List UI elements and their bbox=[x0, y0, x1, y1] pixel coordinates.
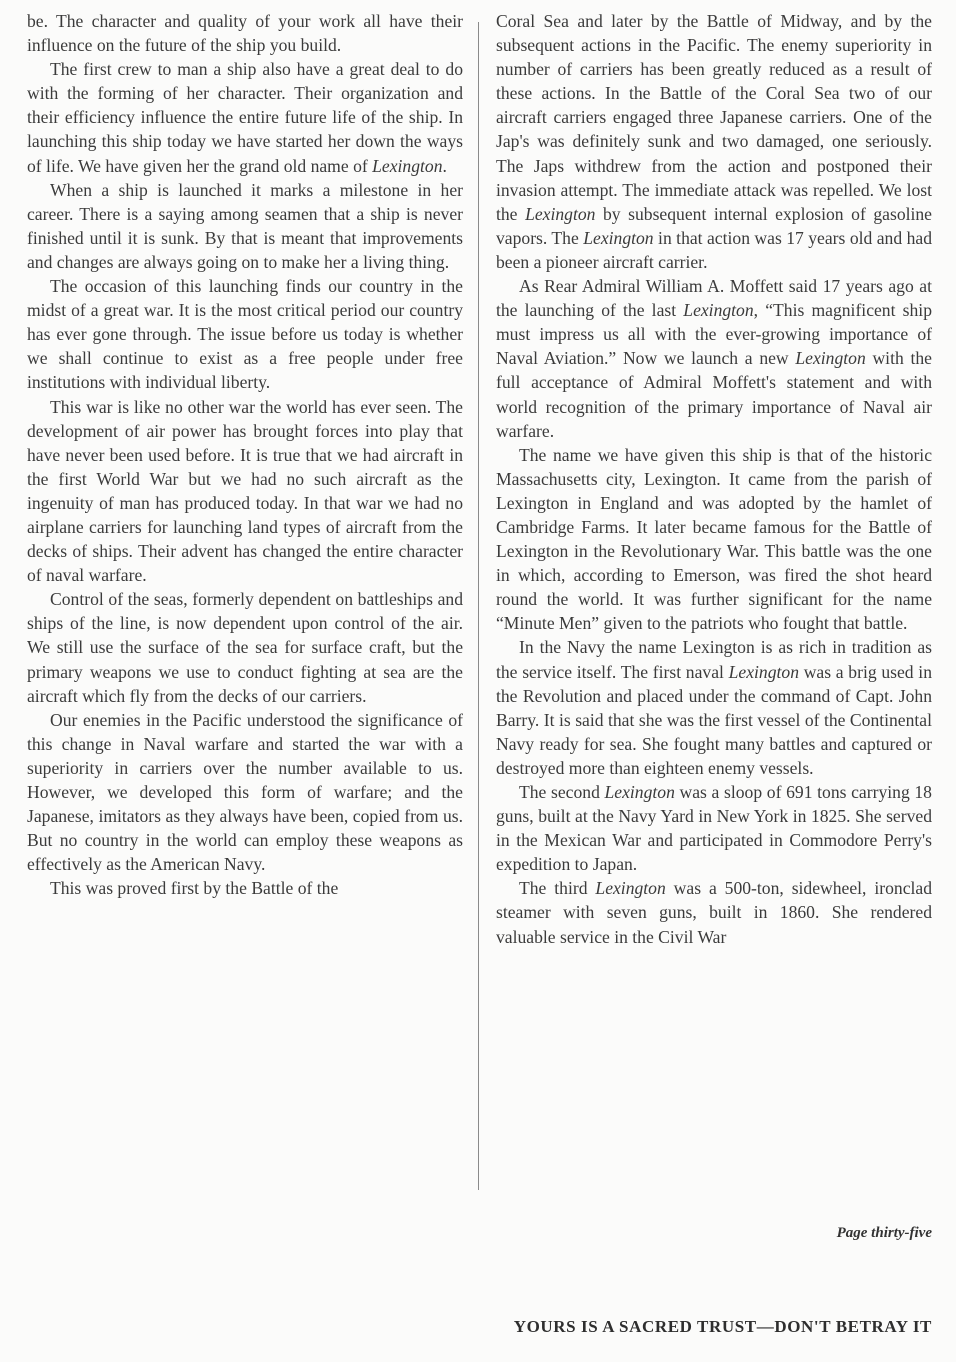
ship-name-italic: Lexington bbox=[583, 228, 653, 248]
paragraph: The name we have given this ship is that… bbox=[496, 443, 932, 636]
ship-name-italic: Lexington bbox=[795, 348, 865, 368]
text-segment: This was proved first by the Battle of t… bbox=[50, 878, 338, 898]
text-segment: Our enemies in the Pacific understood th… bbox=[27, 710, 463, 875]
text-segment: This war is like no other war the world … bbox=[27, 397, 463, 586]
ship-name-italic: Lexington bbox=[525, 204, 595, 224]
ship-name-italic: Lexington bbox=[372, 156, 442, 176]
document-page: be. The character and quality of your wo… bbox=[0, 0, 956, 1362]
paragraph: Our enemies in the Pacific understood th… bbox=[27, 708, 463, 877]
ship-name-italic: Lexington bbox=[605, 782, 675, 802]
left-column: be. The character and quality of your wo… bbox=[27, 9, 463, 900]
text-segment: The second bbox=[519, 782, 605, 802]
paragraph: The occasion of this launching finds our… bbox=[27, 274, 463, 394]
ship-name-italic: Lexington bbox=[729, 662, 799, 682]
right-column: Coral Sea and later by the Battle of Mid… bbox=[496, 9, 932, 949]
paragraph: be. The character and quality of your wo… bbox=[27, 9, 463, 57]
paragraph: When a ship is launched it marks a miles… bbox=[27, 178, 463, 274]
paragraph: This war is like no other war the world … bbox=[27, 395, 463, 588]
text-segment: Coral Sea and later by the Battle of Mid… bbox=[496, 11, 932, 224]
page-number: Page thirty-five bbox=[837, 1225, 932, 1242]
text-segment: When a ship is launched it marks a miles… bbox=[27, 180, 463, 272]
paragraph: Control of the seas, formerly dependent … bbox=[27, 587, 463, 707]
paragraph: In the Navy the name Lexington is as ric… bbox=[496, 635, 932, 780]
text-segment: The third bbox=[519, 878, 595, 898]
text-segment: be. The character and quality of your wo… bbox=[27, 11, 463, 55]
column-divider bbox=[478, 22, 479, 1190]
paragraph: As Rear Admiral William A. Moffett said … bbox=[496, 274, 932, 443]
paragraph: This was proved first by the Battle of t… bbox=[27, 876, 463, 900]
paragraph: The second Lexington was a sloop of 691 … bbox=[496, 780, 932, 876]
text-segment: The name we have given this ship is that… bbox=[496, 445, 932, 634]
text-segment: The occasion of this launching finds our… bbox=[27, 276, 463, 392]
paragraph: The first crew to man a ship also have a… bbox=[27, 57, 463, 177]
footer-slogan: YOURS IS A SACRED TRUST—DON'T BETRAY IT bbox=[514, 1317, 932, 1337]
text-segment: Control of the seas, formerly dependent … bbox=[27, 589, 463, 705]
ship-name-italic: Lexington bbox=[595, 878, 665, 898]
ship-name-italic: Lexington bbox=[683, 300, 753, 320]
text-segment: . bbox=[443, 156, 447, 176]
paragraph: Coral Sea and later by the Battle of Mid… bbox=[496, 9, 932, 274]
paragraph: The third Lexington was a 500-ton, sidew… bbox=[496, 876, 932, 948]
